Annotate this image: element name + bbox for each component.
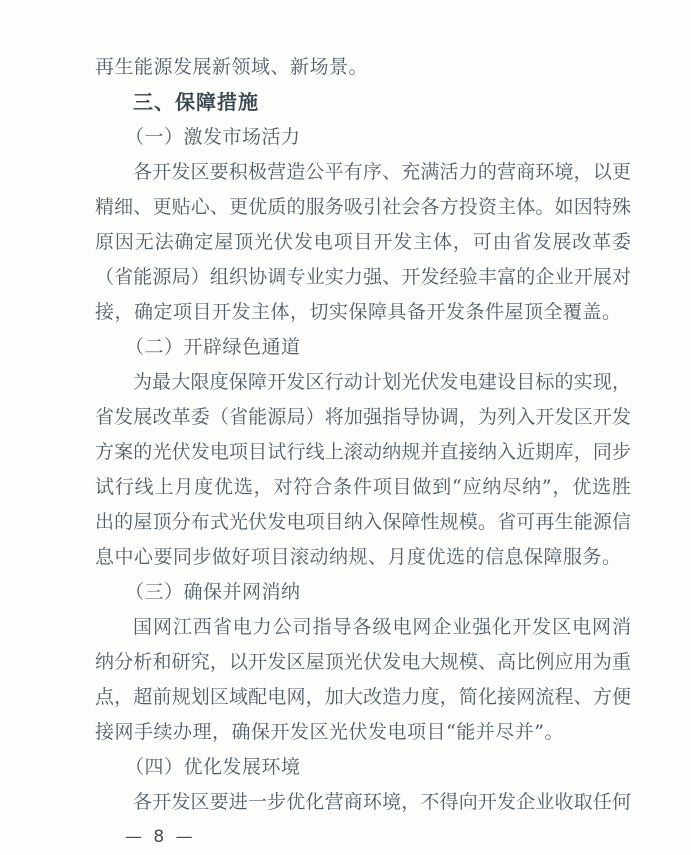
body-line: 原因无法确定屋顶光伏发电项目开发主体，可由省发展改革委 [95,225,631,260]
body-line: 息中心要同步做好项目滚动纳规、月度优选的信息保障服务。 [95,540,631,575]
body-line: 纳分析和研究，以开发区屋顶光伏发电大规模、高比例应用为重 [95,645,631,680]
body-line: 出的屋顶分布式光伏发电项目纳入保障性规模。省可再生能源信 [95,505,631,540]
subsection-heading-2: （二）开辟绿色通道 [95,330,631,365]
subsection-heading-4: （四）优化发展环境 [95,750,631,785]
body-line: 精细、更贴心、更优质的服务吸引社会各方投资主体。如因特殊 [95,190,631,225]
body-line: （省能源局）组织协调专业实力强、开发经验丰富的企业开展对 [95,260,631,295]
body-line: 方案的光伏发电项目试行线上滚动纳规并直接纳入近期库，同步 [95,435,631,470]
body-line: 各开发区要积极营造公平有序、充满活力的营商环境，以更 [95,155,631,190]
body-line: 点，超前规划区域配电网，加大改造力度，简化接网流程、方便 [95,680,631,715]
document-page: 再生能源发展新领域、新场景。 三、保障措施 （一）激发市场活力 各开发区要积极营… [0,0,691,855]
body-line: 接，确定项目开发主体，切实保障具备开发条件屋顶全覆盖。 [95,295,631,330]
section-heading: 三、保障措施 [95,85,631,120]
body-line: 为最大限度保障开发区行动计划光伏发电建设目标的实现， [95,365,631,400]
body-line: 再生能源发展新领域、新场景。 [95,50,631,85]
subsection-heading-1: （一）激发市场活力 [95,120,631,155]
page-number: — 8 — [95,820,631,855]
body-line: 国网江西省电力公司指导各级电网企业强化开发区电网消 [95,610,631,645]
body-line: 省发展改革委（省能源局）将加强指导协调，为列入开发区开发 [95,400,631,435]
subsection-heading-3: （三）确保并网消纳 [95,575,631,610]
body-line: 试行线上月度优选，对符合条件项目做到“应纳尽纳”，优选胜 [95,470,631,505]
body-line: 接网手续办理，确保开发区光伏发电项目“能并尽并”。 [95,715,631,750]
body-line: 各开发区要进一步优化营商环境，不得向开发企业收取任何 [95,785,631,820]
